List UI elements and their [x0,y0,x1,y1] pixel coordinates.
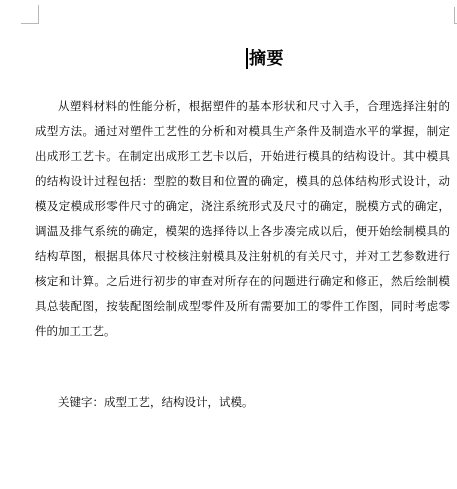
text-boundary-mark-top-left [21,5,39,24]
abstract-line: 模及定模成形零件尺寸的确定，浇注系统形式及尺寸的确定，脱模方式的确定， [35,195,450,220]
abstract-line: 件的加工工艺。 [35,320,450,345]
abstract-paragraph[interactable]: 从塑料材料的性能分析，根据塑件的基本形状和尺寸入手，合理选择注射的 成型方法。通… [35,95,450,345]
text-cursor [246,48,248,69]
abstract-line: 的结构设计过程包括：型腔的数目和位置的确定，模具的总体结构形式设计，动 [35,170,450,195]
abstract-line: 成型方法。通过对塑件工艺性的分析和对模具生产条件及制造水平的掌握，制定 [35,120,450,145]
keywords-line: 关键字：成型工艺，结构设计，试模。 [35,391,450,416]
abstract-line: 结构草图，根据具体尺寸校核注射模具及注射机的有关尺寸，并对工艺参数进行 [35,245,450,270]
abstract-line: 具总装配图，按装配图绘制成型零件及所有需要加工的零件工作图，同时考虑零 [35,295,450,320]
abstract-line: 出成形工艺卡。在制定出成形工艺卡以后，开始进行模具的结构设计。其中模具 [35,145,450,170]
abstract-line: 调温及排气系统的确定，模架的选择待以上各步凑完成以后，便开始绘制模具的 [35,220,450,245]
document-page[interactable]: 摘要 从塑料材料的性能分析，根据塑件的基本形状和尺寸入手，合理选择注射的 成型方… [0,0,457,489]
abstract-title: 摘要 [249,46,284,71]
abstract-line: 从塑料材料的性能分析，根据塑件的基本形状和尺寸入手，合理选择注射的 [35,95,450,120]
abstract-line: 核定和计算。之后进行初步的审查对所存在的问题进行确定和修正，然后绘制模 [35,270,450,295]
